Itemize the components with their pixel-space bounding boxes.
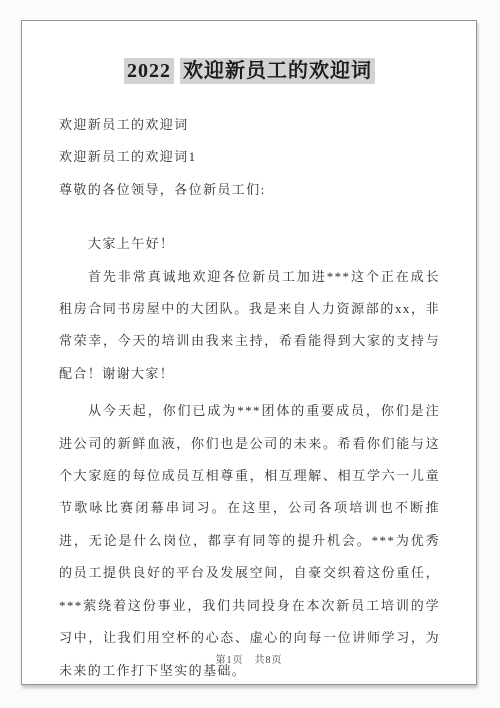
document-viewer: { "document": { "title": { "part1": "202… xyxy=(0,0,500,708)
paragraph: 尊敬的各位领导，各位新员工们: xyxy=(59,174,440,206)
paragraph: 首先非常真诚地欢迎各位新员工加进***这个正在成长租房合同书房屋中的大团队。我是… xyxy=(59,261,440,391)
footer-current-page: 第1页 xyxy=(216,655,244,666)
document-page: 2022 欢迎新员工的欢迎词 欢迎新员工的欢迎词欢迎新员工的欢迎词1尊敬的各位领… xyxy=(21,20,477,685)
paragraph: 大家上午好！ xyxy=(59,228,440,260)
paragraph: 从今天起，你们已成为***团体的重要成员，你们是注进公司的新鲜血液，你们也是公司… xyxy=(59,395,440,687)
document-body: 欢迎新员工的欢迎词欢迎新员工的欢迎词1尊敬的各位领导，各位新员工们:大家上午好！… xyxy=(59,109,440,687)
document-title: 2022 欢迎新员工的欢迎词 xyxy=(59,57,440,85)
paragraph: 欢迎新员工的欢迎词 xyxy=(59,109,440,141)
paragraph: 欢迎新员工的欢迎词1 xyxy=(59,141,440,173)
document-content: 2022 欢迎新员工的欢迎词 欢迎新员工的欢迎词欢迎新员工的欢迎词1尊敬的各位领… xyxy=(22,21,476,687)
title-year-highlight: 2022 xyxy=(124,58,174,84)
page-footer: 第1页共8页 xyxy=(22,651,476,666)
title-text-highlight: 欢迎新员工的欢迎词 xyxy=(180,58,375,84)
footer-total-pages: 共8页 xyxy=(255,655,283,666)
